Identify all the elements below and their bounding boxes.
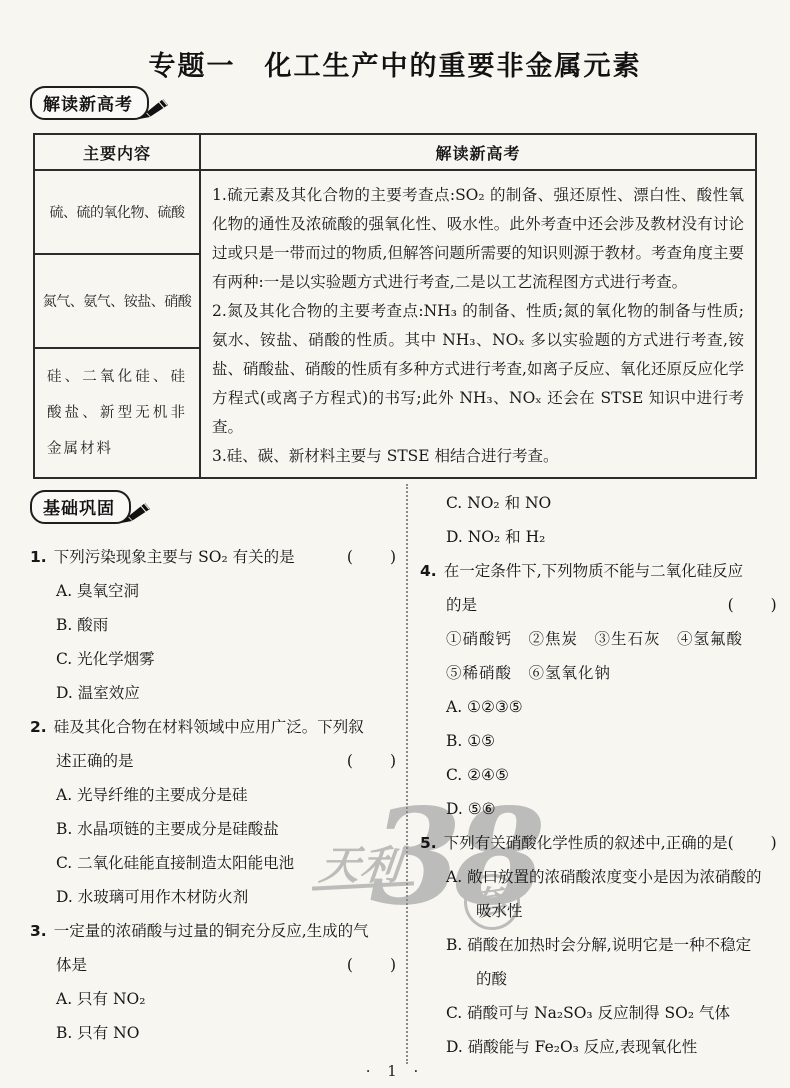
question-stem-text: 体是	[56, 948, 87, 982]
answer-bracket: ( )	[728, 588, 781, 622]
summary-table: 主要内容 解读新高考 硫、硫的氧化物、硫酸 1.硫元素及其化合物的主要考查点:S…	[33, 133, 757, 479]
answer-bracket: ( )	[347, 744, 400, 778]
badge-basics-label: 基础巩固	[43, 494, 115, 519]
question-column-right: C. NO₂ 和 NOD. NO₂ 和 H₂4.在一定条件下,下列物质不能与二氧…	[406, 484, 781, 1064]
option-line: C. 硝酸可与 Na₂SO₃ 反应制得 SO₂ 气体	[420, 996, 781, 1030]
page-title: 专题一 化工生产中的重要非金属元素	[0, 44, 790, 83]
question-stem-line: 4.在一定条件下,下列物质不能与二氧化硅反应	[420, 554, 781, 588]
option-line: D. 水玻璃可用作木材防火剂	[30, 880, 400, 914]
page-number: · 1 ·	[0, 1062, 790, 1080]
question-stem-text: 1.下列污染现象主要与 SO₂ 有关的是	[30, 540, 295, 574]
answer-bracket: ( )	[728, 826, 781, 860]
option-line: 的酸	[420, 962, 781, 996]
question-stem-line: 3.一定量的浓硝酸与过量的铜充分反应,生成的气	[30, 914, 400, 948]
option-line: B. 酸雨	[30, 608, 400, 642]
section-badge-interpret: 解读新高考	[30, 86, 149, 120]
question-stem-text: 2.硅及其化合物在材料领域中应用广泛。下列叙	[30, 710, 364, 744]
question-stem-text: 的是	[446, 588, 477, 622]
topic-cell-nitrogen: 氮气、氨气、铵盐、硝酸	[34, 254, 200, 348]
interpretation-cell: 1.硫元素及其化合物的主要考查点:SO₂ 的制备、强还原性、漂白性、酸性氧化物的…	[200, 170, 756, 478]
section-badge-basics: 基础巩固	[30, 490, 131, 524]
question-stem-text: 述正确的是	[56, 744, 134, 778]
option-line: B. 水晶项链的主要成分是硅酸盐	[30, 812, 400, 846]
question-stem-line: 1.下列污染现象主要与 SO₂ 有关的是( )	[30, 540, 400, 574]
workbook-page: 专题一 化工生产中的重要非金属元素 解读新高考 主要内容 解读新高考 硫、硫的氧…	[0, 0, 790, 1088]
column-header-main-content: 主要内容	[34, 134, 200, 170]
option-line: D. 温室效应	[30, 676, 400, 710]
option-line: B. 只有 NO	[30, 1016, 400, 1050]
question-choice-items: ⑤稀硝酸 ⑥氢氧化钠	[420, 656, 781, 690]
question-column-left: 基础巩固 1.下列污染现象主要与 SO₂ 有关的是( )A. 臭氧空洞B. 酸雨…	[30, 484, 400, 1064]
option-line: C. ②④⑤	[420, 758, 781, 792]
option-line: A. ①②③⑤	[420, 690, 781, 724]
option-line: C. 二氧化硅能直接制造太阳能电池	[30, 846, 400, 880]
option-line: B. 硝酸在加热时会分解,说明它是一种不稳定	[420, 928, 781, 962]
option-line: A. 光导纤维的主要成分是硅	[30, 778, 400, 812]
option-line: A. 臭氧空洞	[30, 574, 400, 608]
question-number: 3.	[30, 922, 47, 940]
option-line: C. NO₂ 和 NO	[420, 486, 781, 520]
topic-cell-sulfur: 硫、硫的氧化物、硫酸	[34, 170, 200, 254]
question-number: 4.	[420, 562, 437, 580]
question-stem-text: 4.在一定条件下,下列物质不能与二氧化硅反应	[420, 554, 743, 588]
question-stem-line: 述正确的是( )	[30, 744, 400, 778]
question-choice-items: ①硝酸钙 ②焦炭 ③生石灰 ④氢氟酸	[420, 622, 781, 656]
question-list-right: C. NO₂ 和 NOD. NO₂ 和 H₂4.在一定条件下,下列物质不能与二氧…	[420, 486, 781, 1064]
question-number: 1.	[30, 548, 47, 566]
option-line: D. ⑤⑥	[420, 792, 781, 826]
badge-interpret-label: 解读新高考	[43, 90, 133, 115]
interpretation-point-2: 2.氮及其化合物的主要考查点:NH₃ 的制备、性质;氮的氧化物的制备与性质;氨水…	[212, 297, 744, 442]
option-line: D. NO₂ 和 H₂	[420, 520, 781, 554]
option-line: C. 光化学烟雾	[30, 642, 400, 676]
question-list-left: 1.下列污染现象主要与 SO₂ 有关的是( )A. 臭氧空洞B. 酸雨C. 光化…	[30, 540, 400, 1050]
question-stem-text: 5.下列有关硝酸化学性质的叙述中,正确的是	[420, 826, 728, 860]
question-stem-line: 5.下列有关硝酸化学性质的叙述中,正确的是( )	[420, 826, 781, 860]
pencil-icon	[137, 97, 169, 121]
question-stem-line: 体是( )	[30, 948, 400, 982]
pencil-icon	[119, 501, 151, 525]
question-stem-line: 2.硅及其化合物在材料领域中应用广泛。下列叙	[30, 710, 400, 744]
option-line: B. ①⑤	[420, 724, 781, 758]
option-line: A. 敞口放置的浓硝酸浓度变小是因为浓硝酸的	[420, 860, 781, 894]
exercise-area: 基础巩固 1.下列污染现象主要与 SO₂ 有关的是( )A. 臭氧空洞B. 酸雨…	[30, 484, 778, 1064]
option-line: 吸水性	[420, 894, 781, 928]
topic-cell-silicon: 硅、二氧化硅、硅酸盐、新型无机非金属材料	[34, 348, 200, 478]
question-number: 2.	[30, 718, 47, 736]
column-header-interpretation: 解读新高考	[200, 134, 756, 170]
answer-bracket: ( )	[347, 540, 400, 574]
question-stem-text: 3.一定量的浓硝酸与过量的铜充分反应,生成的气	[30, 914, 369, 948]
question-stem-line: 的是( )	[420, 588, 781, 622]
answer-bracket: ( )	[347, 948, 400, 982]
option-line: A. 只有 NO₂	[30, 982, 400, 1016]
interpretation-point-3: 3.硅、碳、新材料主要与 STSE 相结合进行考查。	[212, 442, 744, 471]
question-number: 5.	[420, 834, 437, 852]
interpretation-point-1: 1.硫元素及其化合物的主要考查点:SO₂ 的制备、强还原性、漂白性、酸性氧化物的…	[212, 181, 744, 297]
option-line: D. 硝酸能与 Fe₂O₃ 反应,表现氧化性	[420, 1030, 781, 1064]
